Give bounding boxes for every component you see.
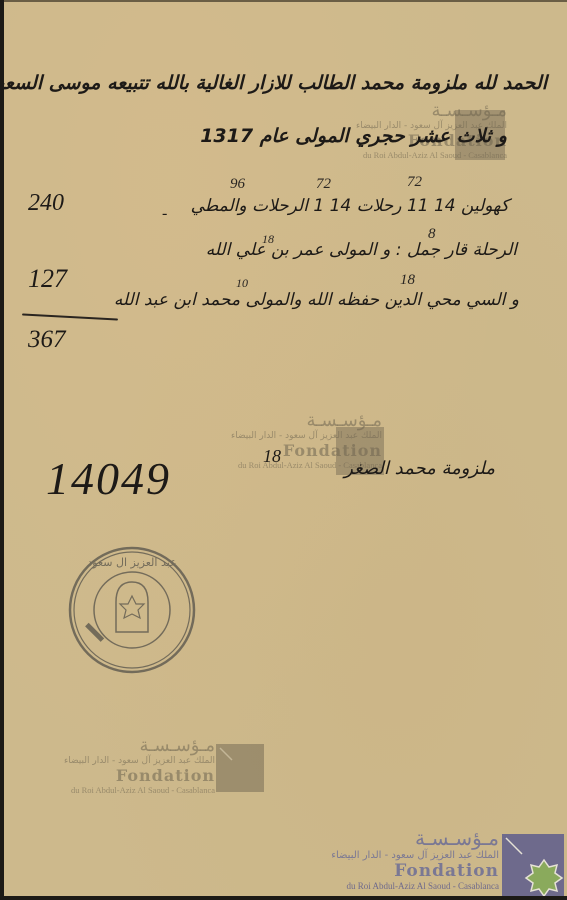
watermark-french-title: Fondation bbox=[331, 861, 499, 881]
margin-number-first: 240 bbox=[28, 190, 64, 217]
page-edge-top bbox=[0, 0, 567, 2]
watermark-french-subtitle: du Roi Abdul-Aziz Al Saoud - Casablanca bbox=[331, 881, 499, 891]
watermark-lower: مـؤسـسـة الملك عبد العزيز آل سعود - الدا… bbox=[64, 735, 215, 795]
reference-line: ملزومة محمد الصغر bbox=[344, 458, 495, 479]
page-edge-left bbox=[0, 0, 4, 900]
seal-stamp-icon: عبد العزيز ال سعود bbox=[66, 544, 198, 676]
catalog-number: 14049 bbox=[46, 452, 171, 505]
watermark-arabic-title: مـؤسـسـة bbox=[331, 826, 499, 850]
svg-text:عبد العزيز ال سعود: عبد العزيز ال سعود bbox=[87, 556, 176, 569]
superscript-number: 96 bbox=[230, 176, 245, 193]
document-line-2: و ثلاث عشر حجري المولى عام 1317 bbox=[200, 125, 507, 147]
foundation-watermark: مـؤسـسـة الملك عبد العزيز آل سعود - الدا… bbox=[331, 826, 499, 891]
document-page: مـؤسـسـة الملك عبد العزيز آل سعود - الدا… bbox=[0, 0, 567, 900]
reference-superscript: 18 bbox=[263, 446, 281, 467]
sum-rule bbox=[22, 313, 118, 320]
document-line-3: كهولين 14 11 رحلات 14 1 الرحلات والمطي bbox=[191, 196, 509, 216]
foundation-logo-icon bbox=[216, 744, 264, 792]
margin-number-sum: 367 bbox=[28, 326, 66, 354]
superscript-number: 72 bbox=[316, 176, 331, 193]
dash-mark: - bbox=[162, 205, 167, 223]
foundation-logo-icon bbox=[502, 834, 564, 896]
superscript-number: 72 bbox=[407, 174, 422, 191]
watermark-arabic-subtitle: الملك عبد العزيز آل سعود - الدار البيضاء bbox=[331, 850, 499, 861]
superscript-number: 10 bbox=[236, 276, 248, 291]
document-line-4: الرحلة قار جمل : و المولى عمر بن علي الل… bbox=[206, 240, 517, 260]
margin-number-second: 127 bbox=[28, 264, 67, 294]
document-line-1: الحمد لله ملزومة محمد الطالب للازار الغا… bbox=[0, 72, 547, 94]
document-line-5: و السي محي الدين حفظه الله والمولى محمد … bbox=[114, 290, 519, 310]
superscript-number: 18 bbox=[400, 272, 415, 289]
page-edge-bottom bbox=[0, 896, 567, 900]
